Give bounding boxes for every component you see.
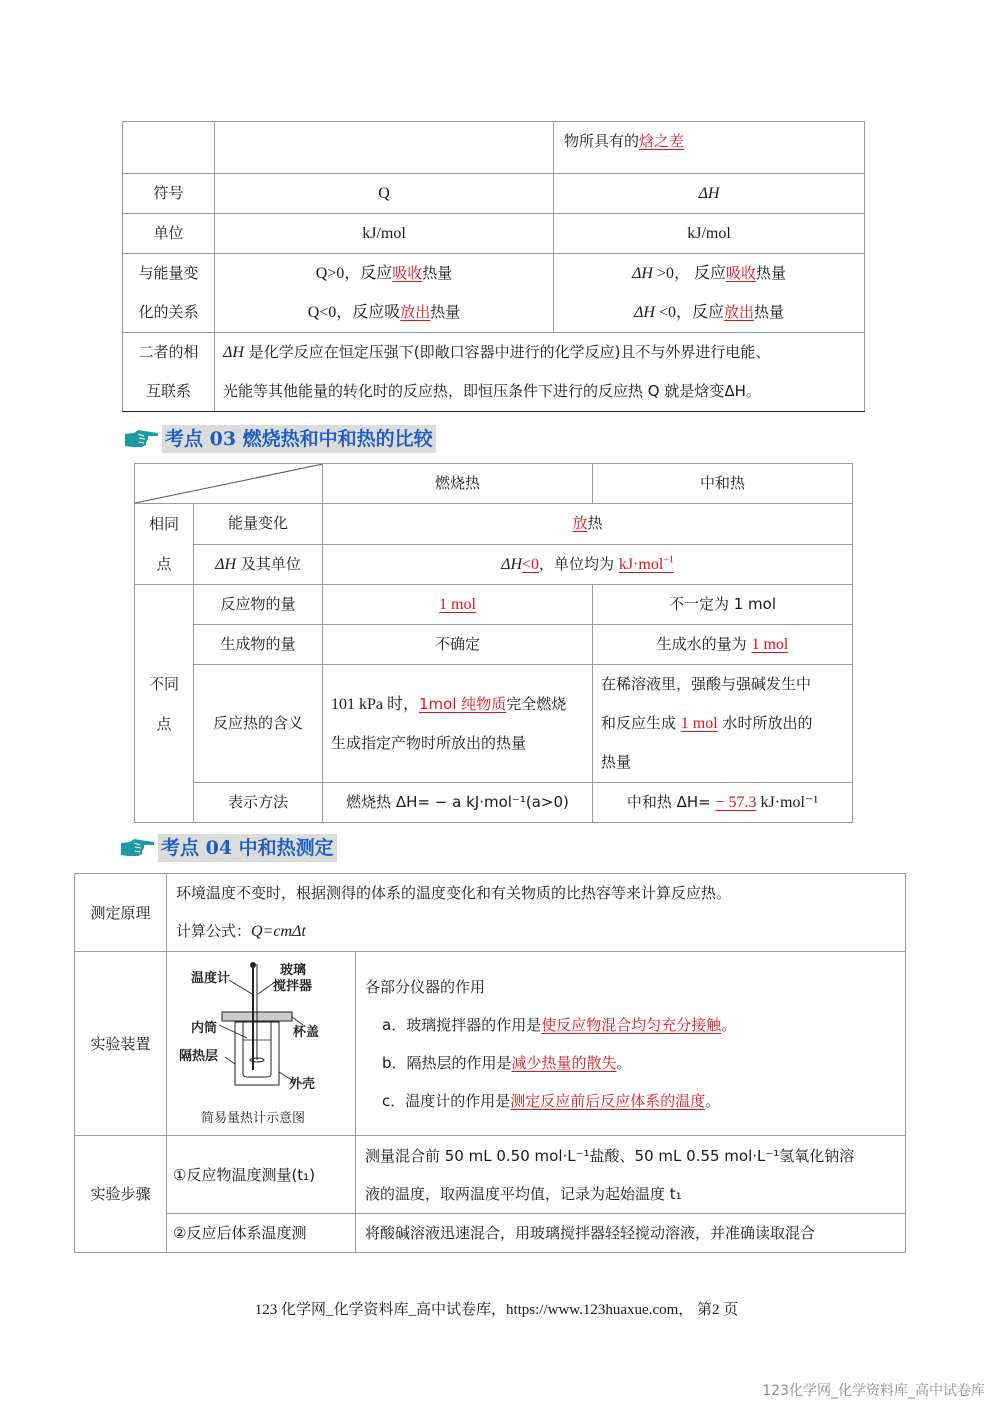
text: 相同: [135, 504, 193, 544]
text: c．温度计的作用是: [382, 1092, 510, 1110]
cell-value: 将酸碱溶液迅速混合，用玻璃搅拌器轻轻搅动溶液，并准确读取混合: [356, 1214, 906, 1253]
table-row: 与能量变化的关系 Q>0，反应吸收热量 Q<0，反应吸放出热量 ΔH >0， 反…: [123, 254, 865, 333]
text: 。: [721, 1016, 736, 1034]
neutralization-measurement-table: 测定原理 环境温度不变时，根据测得的体系的温度变化和有关物质的比热容等来计算反应…: [74, 873, 906, 1253]
text: −1: [663, 554, 674, 565]
text: 与能量变: [123, 254, 214, 293]
row-label: 测定原理: [75, 874, 167, 952]
answer-text: 1 mol: [439, 596, 476, 613]
answer-text: 放: [572, 514, 587, 532]
answer-text: <0: [522, 556, 539, 573]
text: ΔH: [215, 556, 236, 573]
text: b．隔热层的作用是: [382, 1054, 512, 1072]
text: 热量: [756, 264, 786, 282]
row-label: 符号: [123, 174, 215, 214]
text: Q<0，反应吸: [308, 304, 401, 321]
cell-value: 燃烧热 ΔH= − a kJ·mol⁻¹(a>0): [323, 783, 593, 823]
text: <0，反应: [655, 304, 724, 321]
label-stirrer: 搅拌器: [273, 978, 312, 994]
text: 计算公式：: [176, 922, 251, 940]
relation-cell: ΔH 是化学反应在恒定压强下(即敞口容器中进行的化学反应)且不与外界进行电能、 …: [215, 333, 865, 412]
cell-value: ΔH<0，单位均为 kJ·mol−1: [323, 544, 853, 585]
text: 二者的相: [123, 333, 214, 372]
cell-value: 放热: [323, 504, 853, 545]
row-label: 表示方法: [194, 783, 323, 823]
section-heading-04: 考点 04 中和热测定: [120, 834, 337, 862]
cell-value: 生成水的量为 1 mol: [593, 625, 853, 665]
answer-text: 1 mol: [681, 715, 718, 732]
enthalpy-comparison-table: 物所具有的焓之差 符号 Q ΔH 单位 kJ/mol kJ/mol 与能量变化的…: [122, 121, 865, 412]
cell-value: ΔH >0， 反应吸收热量 ΔH <0，反应放出热量: [554, 254, 865, 333]
answer-text: 1mol 纯物质: [419, 695, 506, 713]
text: kJ·mol⁻¹: [757, 794, 819, 811]
text: >0， 反应: [653, 265, 726, 282]
table-row: 相同点 能量变化 放热: [135, 504, 853, 545]
table-row: 生成物的量 不确定 生成水的量为 1 mol: [135, 625, 853, 665]
cell-value: 不确定: [323, 625, 593, 665]
text: 热量: [754, 303, 784, 321]
table-header-row: 燃烧热 中和热: [135, 464, 853, 504]
diagram-caption: 简易量热计示意图: [201, 1110, 305, 1126]
table-row: 反应热的含义 101 kPa 时，1mol 纯物质完全燃烧 生成指定产物时所放出…: [135, 665, 853, 783]
row-label: 实验步骤: [75, 1136, 167, 1253]
row-label: 能量变化: [194, 504, 323, 545]
text: 液的温度，取两温度平均值，记录为起始温度 t₁: [365, 1175, 905, 1213]
label-outer-shell: 外壳: [289, 1076, 315, 1092]
table-row: 不同点 反应物的量 1 mol 不一定为 1 mol: [135, 585, 853, 625]
group-label: 不同点: [135, 585, 194, 823]
text: 中和热 ΔH=: [627, 793, 716, 811]
table-row: ②反应后体系温度测 将酸碱溶液迅速混合，用玻璃搅拌器轻轻搅动溶液，并准确读取混合: [75, 1214, 906, 1253]
answer-text: 减少热量的散失: [512, 1054, 617, 1072]
label-inner-cylinder: 内筒: [191, 1020, 217, 1036]
answer-text: 焓之差: [639, 132, 684, 150]
enthalpy-definition-cell: 物所具有的焓之差: [554, 122, 865, 174]
row-label: 反应物的量: [194, 585, 323, 625]
text: Q>0，反应: [316, 265, 393, 282]
answer-text: 放出: [724, 303, 754, 321]
text: 生成指定产物时所放出的热量: [331, 724, 592, 763]
text: 热量: [422, 264, 452, 282]
text: 各部分仪器的作用: [365, 968, 905, 1006]
cell-value: kJ/mol: [215, 214, 554, 254]
table-row: 测定原理 环境温度不变时，根据测得的体系的温度变化和有关物质的比热容等来计算反应…: [75, 874, 906, 952]
text: 点: [135, 704, 193, 744]
cell-value: 在稀溶液里，强酸与强碱发生中 和反应生成 1 mol 水时所放出的 热量: [593, 665, 853, 783]
cell-value: 不一定为 1 mol: [593, 585, 853, 625]
text: 互联系: [123, 372, 214, 411]
cell-value: kJ/mol: [554, 214, 865, 254]
text: ΔH: [223, 344, 244, 361]
table-row: 物所具有的焓之差: [123, 122, 865, 174]
cell-value: 测量混合前 50 mL 0.50 mol·L⁻¹盐酸、50 mL 0.55 mo…: [356, 1136, 906, 1214]
cell-value: ΔH: [554, 174, 865, 214]
text: 生成水的量为: [657, 635, 752, 653]
answer-text: 吸收: [392, 264, 422, 282]
cell-value: Q: [215, 174, 554, 214]
text: 水时所放出的: [718, 714, 813, 732]
step-label: ①反应物温度测量(t₁): [167, 1136, 356, 1214]
row-label: 二者的相互联系: [123, 333, 215, 412]
row-label: 与能量变化的关系: [123, 254, 215, 333]
text: 是化学反应在恒定压强下(即敞口容器中进行的化学反应)且不与外界进行电能、: [244, 343, 770, 361]
cell-value: 中和热 ΔH= − 57.3 kJ·mol⁻¹: [593, 783, 853, 823]
formula: Q=cmΔt: [251, 923, 306, 940]
text: 物所具有的: [564, 132, 639, 150]
text: 热: [588, 514, 603, 532]
text: 测量混合前 50 mL 0.50 mol·L⁻¹盐酸、50 mL 0.55 mo…: [365, 1137, 905, 1175]
table-row: ΔH 及其单位 ΔH<0，单位均为 kJ·mol−1: [135, 544, 853, 585]
combustion-neutralization-table: 燃烧热 中和热 相同点 能量变化 放热 ΔH 及其单位 ΔH<0，单位均为 kJ…: [134, 463, 853, 823]
text: 化的关系: [123, 293, 214, 332]
text: 热量: [430, 303, 460, 321]
cell-value: 环境温度不变时，根据测得的体系的温度变化和有关物质的比热容等来计算反应热。 计算…: [167, 874, 906, 952]
text: 点: [135, 544, 193, 584]
section-heading-03: 考点 03 燃烧热和中和热的比较: [124, 425, 436, 453]
label-stirrer: 玻璃: [280, 962, 306, 978]
answer-text: 使反应物混合均匀充分接触: [541, 1016, 721, 1034]
calorimeter-diagram: 温度计 玻璃 搅拌器 内筒 杯盖 隔热层 外壳 简易量热计示意图: [167, 952, 356, 1135]
text: ΔH: [632, 265, 653, 282]
text: a．玻璃搅拌器的作用是: [382, 1016, 541, 1034]
table-row: 符号 Q ΔH: [123, 174, 865, 214]
answer-text: 测定反应前后反应体系的温度: [510, 1092, 705, 1110]
cell-empty: [215, 122, 554, 174]
cell-value: Q>0，反应吸收热量 Q<0，反应吸放出热量: [215, 254, 554, 333]
calorimeter-diagram-cell: 温度计 玻璃 搅拌器 内筒 杯盖 隔热层 外壳 简易量热计示意图: [167, 952, 356, 1136]
table-row: 二者的相互联系 ΔH 是化学反应在恒定压强下(即敞口容器中进行的化学反应)且不与…: [123, 333, 865, 412]
table-row: 实验步骤 ①反应物温度测量(t₁) 测量混合前 50 mL 0.50 mol·L…: [75, 1136, 906, 1214]
row-label: 实验装置: [75, 952, 167, 1136]
table-row: 单位 kJ/mol kJ/mol: [123, 214, 865, 254]
text: 和反应生成: [601, 714, 681, 732]
answer-text: − 57.3: [715, 794, 756, 811]
text: 。: [705, 1092, 720, 1110]
text: 光能等其他能量的转化时的反应热，即恒压条件下进行的反应热 Q 就是焓变ΔH。: [223, 372, 864, 411]
row-label: ΔH 及其单位: [194, 544, 323, 585]
answer-text: 放出: [400, 303, 430, 321]
cell-empty: [123, 122, 215, 174]
answer-text: 吸收: [726, 264, 756, 282]
text: 不同: [135, 664, 193, 704]
text: 环境温度不变时，根据测得的体系的温度变化和有关物质的比热容等来计算反应热。: [176, 874, 905, 912]
text: ，单位均为: [539, 555, 619, 573]
column-header: 燃烧热: [323, 464, 593, 504]
row-label: 生成物的量: [194, 625, 323, 665]
answer-text: kJ·mol: [619, 556, 663, 573]
text: 101 kPa 时，: [331, 696, 419, 713]
text: ΔH: [634, 304, 655, 321]
text: 热量: [601, 743, 852, 782]
text: 在稀溶液里，强酸与强碱发生中: [601, 665, 852, 704]
cell-value: 101 kPa 时，1mol 纯物质完全燃烧 生成指定产物时所放出的热量: [323, 665, 593, 783]
pointing-hand-icon: [120, 837, 156, 859]
table-row: 实验装置 温度计 玻璃 搅拌器 内筒 杯盖: [75, 952, 906, 1136]
label-insulation: 隔热层: [179, 1048, 218, 1064]
row-label: 反应热的含义: [194, 665, 323, 783]
watermark: 123化学网_化学资料库_高中试卷库: [762, 1380, 985, 1400]
cell-value: 1 mol: [323, 585, 593, 625]
page-footer: 123 化学网_化学资料库_高中试卷库，https://www.123huaxu…: [0, 1298, 993, 1319]
table-row: 表示方法 燃烧热 ΔH= − a kJ·mol⁻¹(a>0) 中和热 ΔH= −…: [135, 783, 853, 823]
diagonal-line: [135, 464, 323, 503]
group-label: 相同点: [135, 504, 194, 585]
text: ΔH: [501, 556, 522, 573]
diagonal-header-cell: [135, 464, 323, 504]
answer-text: 1 mol: [751, 636, 788, 653]
column-header: 中和热: [593, 464, 853, 504]
text: 及其单位: [236, 555, 301, 573]
text: 完全燃烧: [506, 695, 566, 713]
section-title: 考点 04 中和热测定: [158, 834, 337, 862]
row-label: 单位: [123, 214, 215, 254]
section-title: 考点 03 燃烧热和中和热的比较: [162, 425, 436, 453]
step-label: ②反应后体系温度测: [167, 1214, 356, 1253]
cell-value: 各部分仪器的作用 a．玻璃搅拌器的作用是使反应物混合均匀充分接触。 b．隔热层的…: [356, 952, 906, 1136]
pointing-hand-icon: [124, 428, 160, 450]
label-thermometer: 温度计: [191, 970, 230, 986]
label-lid: 杯盖: [293, 1024, 319, 1040]
text: 。: [617, 1054, 632, 1072]
